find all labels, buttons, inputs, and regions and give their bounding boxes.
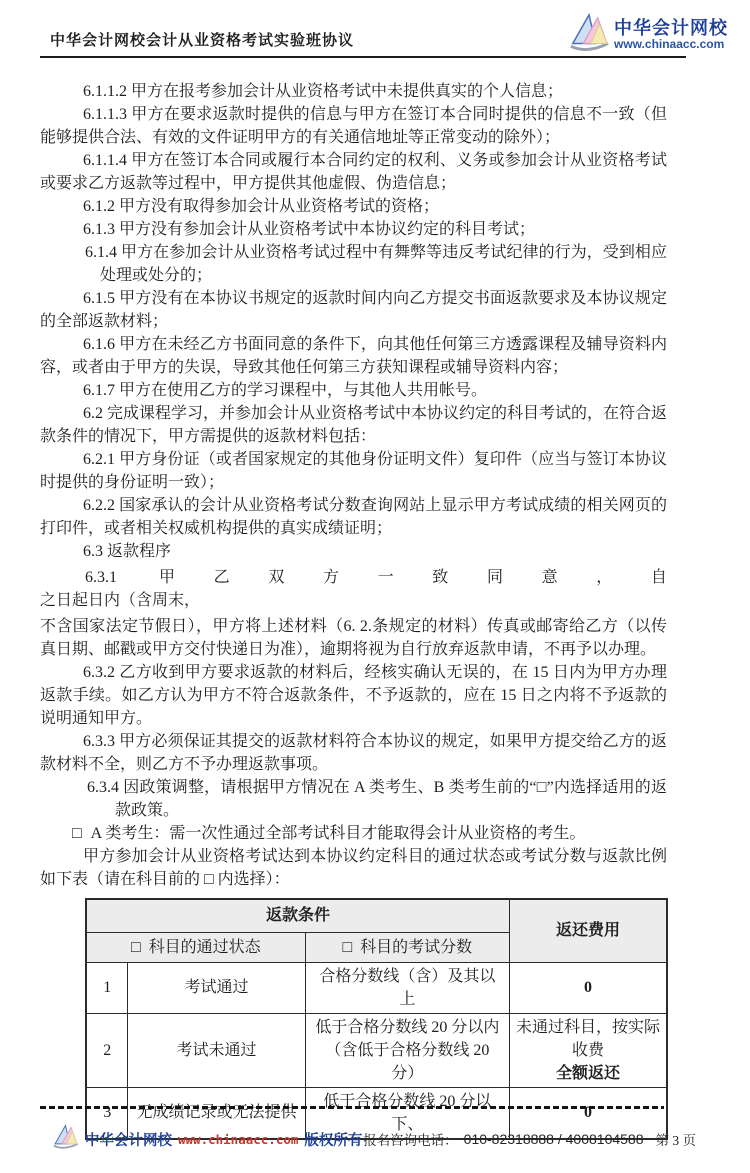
document-title: 中华会计网校会计从业资格考试实验班协议 bbox=[40, 29, 354, 56]
clause-list-c: 甲方参加会计从业资格考试达到本协议约定科目的通过状态或考试分数与返款比例如下表（… bbox=[40, 845, 667, 891]
table-row: 1 考试通过 合格分数线（含）及其以上 0 bbox=[86, 962, 667, 1013]
footer-contact: 报名咨询电话： 010-82318888 / 4008104588 第 3 页 bbox=[363, 1129, 696, 1149]
refund-fee-header: 返还费用 bbox=[510, 899, 668, 962]
clause-631-line: 6.3.1 甲乙双方一致同意，自 bbox=[40, 566, 667, 589]
exam-score-cell: 合格分数线（含）及其以上 bbox=[305, 962, 509, 1013]
phone-number: 010-82318888 / 4008104588 bbox=[464, 1131, 644, 1147]
row-number-cell: 2 bbox=[86, 1013, 128, 1087]
footer-divider bbox=[40, 1106, 664, 1109]
clause-paragraph: 6.1.1.3 甲方在要求返款时提供的信息与甲方在签订本合同时提供的信息不一致（… bbox=[40, 103, 667, 149]
clause-paragraph: 6.1.5 甲方没有在本协议书规定的返款时间内向乙方提交书面返款要求及本协议规定… bbox=[40, 287, 667, 333]
checkbox-icon[interactable]: □ bbox=[343, 939, 353, 956]
brand-name: 中华会计网校 bbox=[614, 19, 728, 38]
clause-paragraph: 6.1.4 甲方在参加会计从业资格考试过程中有舞弊等违反考试纪律的行为，受到相应… bbox=[100, 241, 667, 287]
clause-paragraph: 6.3 返款程序 bbox=[40, 540, 667, 563]
pass-state-header: □科目的通过状态 bbox=[86, 932, 305, 962]
footer-copyright: 版权所有 bbox=[304, 1129, 362, 1150]
refund-fee-cell: 未通过科目，按实际收费 全额返还 bbox=[510, 1013, 668, 1087]
footer-brand-name: 中华会计网校 bbox=[85, 1129, 172, 1150]
document-page: 中华会计网校会计从业资格考试实验班协议 中华会计网校 www.chinaacc.… bbox=[0, 0, 750, 1173]
blank-suffix-text: 之日起 bbox=[40, 589, 88, 612]
clause-paragraph: 6.3.2 乙方收到甲方要求返款的材料后，经核实确认无误的，在 15 日内为甲方… bbox=[40, 661, 667, 730]
checkbox-icon[interactable]: □ bbox=[131, 939, 141, 956]
clause-paragraph: 6.1.2 甲方没有取得参加会计从业资格考试的资格； bbox=[40, 195, 667, 218]
clause-paragraph: 6.3.3 甲方必须保证其提交的返款材料符合本协议的规定，如果甲方提交给乙方的返… bbox=[40, 730, 667, 776]
clause-paragraph: 6.1.6 甲方在未经乙方书面同意的条件下，向其他任何第三方透露课程及辅导资料内… bbox=[40, 333, 667, 379]
clause-paragraph: 不含国家法定节假日），甲方将上述材料（6. 2.条规定的材料）传真或邮寄给乙方（… bbox=[40, 615, 667, 661]
brand-logo: 中华会计网校 www.chinaacc.com bbox=[568, 11, 728, 58]
clause-paragraph: 6.2 完成课程学习，并参加会计从业资格考试中本协议约定的科目考试的，在符合返款… bbox=[40, 402, 667, 448]
fee-amount: 全额返还 bbox=[516, 1062, 660, 1085]
page-number: 第 3 页 bbox=[656, 1129, 697, 1149]
footer-brand: 中华会计网校 www.chinaacc.com 版权所有 bbox=[52, 1123, 362, 1155]
clause-paragraph: 6.1.3 甲方没有参加会计从业资格考试中本协议约定的科目考试； bbox=[40, 218, 667, 241]
table-row: 2 考试未通过 低于合格分数线 20 分以内（含低于合格分数线 20 分） 未通… bbox=[86, 1013, 667, 1087]
clause-paragraph: 6.2.1 甲方身份证（或者国家规定的其他身份证明文件）复印件（应当与签订本协议… bbox=[40, 448, 667, 494]
clause-631-blank-line: 之日起 日内（含周末， bbox=[40, 589, 667, 612]
pass-state-header-label: 科目的通过状态 bbox=[149, 939, 261, 956]
clause-paragraph: 甲方参加会计从业资格考试达到本协议约定科目的通过状态或考试分数与返款比例如下表（… bbox=[40, 845, 667, 891]
clause-631-spread-text: 甲乙双方一致同意，自 bbox=[159, 566, 667, 589]
exam-score-cell: 低于合格分数线 20 分以内（含低于合格分数线 20 分） bbox=[305, 1013, 509, 1087]
blank-suffix-text2: 日内（含周末， bbox=[88, 589, 200, 612]
fee-note: 未通过科目，按实际收费 bbox=[516, 1016, 660, 1062]
clause-paragraph: 6.1.1.2 甲方在报考参加会计从业资格考试中未提供真实的个人信息； bbox=[40, 80, 667, 103]
checkbox-icon[interactable]: □ bbox=[72, 825, 82, 842]
fee-amount: 0 bbox=[516, 976, 660, 999]
refund-fee-cell: 0 bbox=[510, 962, 668, 1013]
clause-number: 6.3.1 bbox=[85, 566, 117, 589]
refund-conditions-header: 返款条件 bbox=[86, 899, 510, 932]
clause-paragraph: 6.1.1.4 甲方在签订本合同或履行本合同约定的权利、义务或参加会计从业资格考… bbox=[40, 149, 667, 195]
exam-score-header: □科目的考试分数 bbox=[305, 932, 509, 962]
refund-table: 返款条件 返还费用 □科目的通过状态 □科目的考试分数 1 考试通过 合格分数线… bbox=[85, 898, 668, 1140]
clause-paragraph: 6.1.7 甲方在使用乙方的学习课程中，与其他人共用帐号。 bbox=[40, 379, 667, 402]
pass-state-cell: 考试通过 bbox=[128, 962, 305, 1013]
candidate-type-a-text: A 类考生：需一次性通过全部考试科目才能取得会计从业资格的考生。 bbox=[91, 825, 586, 842]
brand-logo-icon bbox=[568, 11, 610, 58]
brand-logo-icon bbox=[52, 1123, 79, 1155]
page-footer: 中华会计网校 www.chinaacc.com 版权所有 报名咨询电话： 010… bbox=[40, 1106, 700, 1167]
clause-list-b: 不含国家法定节假日），甲方将上述材料（6. 2.条规定的材料）传真或邮寄给乙方（… bbox=[40, 615, 667, 822]
clause-paragraph: 6.3.4 因政策调整，请根据甲方情况在 A 类考生、B 类考生前的“□”内选择… bbox=[115, 776, 667, 822]
contract-body: 6.1.1.2 甲方在报考参加会计从业资格考试中未提供真实的个人信息；6.1.1… bbox=[40, 80, 667, 1140]
clause-paragraph: 6.2.2 国家承认的会计从业资格考试分数查询网站上显示甲方考试成绩的相关网页的… bbox=[40, 494, 667, 540]
exam-score-header-label: 科目的考试分数 bbox=[360, 939, 472, 956]
candidate-type-a-line: □A 类考生：需一次性通过全部考试科目才能取得会计从业资格的考生。 bbox=[40, 822, 667, 845]
pass-state-cell: 考试未通过 bbox=[128, 1013, 305, 1087]
phone-label: 报名咨询电话： bbox=[363, 1129, 458, 1149]
row-number-cell: 1 bbox=[86, 962, 128, 1013]
clause-list-a: 6.1.1.2 甲方在报考参加会计从业资格考试中未提供真实的个人信息；6.1.1… bbox=[40, 80, 667, 563]
brand-url: www.chinaacc.com bbox=[614, 38, 728, 51]
footer-brand-url[interactable]: www.chinaacc.com bbox=[178, 1132, 298, 1147]
page-header: 中华会计网校会计从业资格考试实验班协议 中华会计网校 www.chinaacc.… bbox=[40, 0, 686, 58]
